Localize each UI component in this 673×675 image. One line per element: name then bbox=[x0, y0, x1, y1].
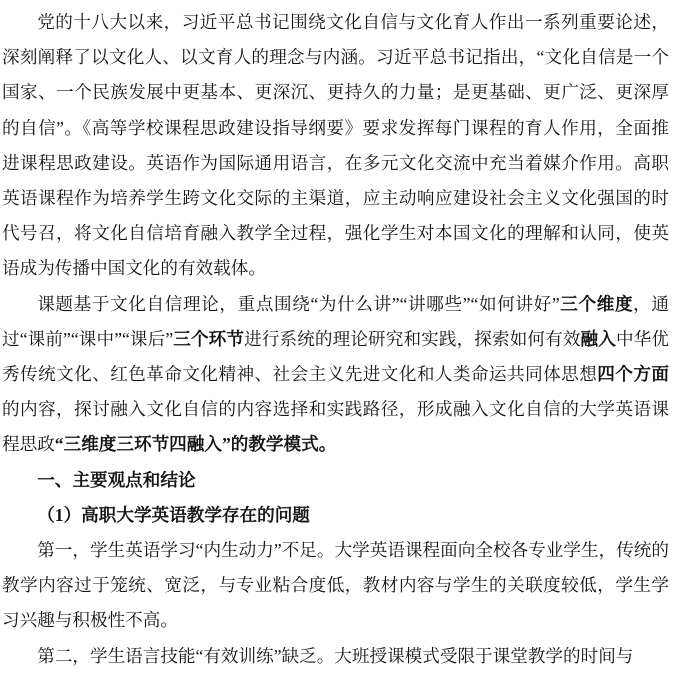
paragraph: 党的十八大以来，习近平总书记围绕文化自信与文化育人作出一系列重要论述，深刻阐释了… bbox=[2, 5, 669, 287]
bold-text-run: 四个方面 bbox=[597, 364, 669, 384]
bold-text-run: 融入 bbox=[581, 329, 616, 349]
text-run: 第一，学生英语学习“内生动力”不足。大学英语课程面向全校各专业学生，传统的教学内… bbox=[2, 540, 669, 630]
bold-text-run: “三维度三环节四融入”的教学模式。 bbox=[55, 434, 337, 454]
document-body: 党的十八大以来，习近平总书记围绕文化自信与文化育人作出一系列重要论述，深刻阐释了… bbox=[2, 5, 669, 674]
bold-text-run: 三个维度 bbox=[560, 294, 634, 314]
bold-text-run: （1）高职大学英语教学存在的问题 bbox=[37, 505, 310, 525]
bold-text-run: 一、主要观点和结论 bbox=[37, 470, 195, 490]
bold-text-run: 三个环节 bbox=[173, 329, 244, 349]
paragraph: 第二，学生语言技能“有效训练”缺乏。大班授课模式受限于课堂教学的时间与 bbox=[2, 639, 669, 674]
text-run: 进行系统的理论研究和实践，探索如何有效 bbox=[244, 329, 580, 349]
section-heading: 一、主要观点和结论 bbox=[2, 463, 669, 498]
paragraph: 课题基于文化自信理论，重点围绕“为什么讲”“讲哪些”“如何讲好”三个维度，通过“… bbox=[2, 287, 669, 463]
text-run: 党的十八大以来，习近平总书记围绕文化自信与文化育人作出一系列重要论述，深刻阐释了… bbox=[2, 12, 669, 278]
text-run: 课题基于文化自信理论，重点围绕“为什么讲”“讲哪些”“如何讲好” bbox=[37, 294, 559, 314]
paragraph: 第一，学生英语学习“内生动力”不足。大学英语课程面向全校各专业学生，传统的教学内… bbox=[2, 533, 669, 639]
section-heading: （1）高职大学英语教学存在的问题 bbox=[2, 498, 669, 533]
document-page: 党的十八大以来，习近平总书记围绕文化自信与文化育人作出一系列重要论述，深刻阐释了… bbox=[0, 0, 673, 675]
text-run: 第二，学生语言技能“有效训练”缺乏。大班授课模式受限于课堂教学的时间与 bbox=[37, 646, 633, 666]
